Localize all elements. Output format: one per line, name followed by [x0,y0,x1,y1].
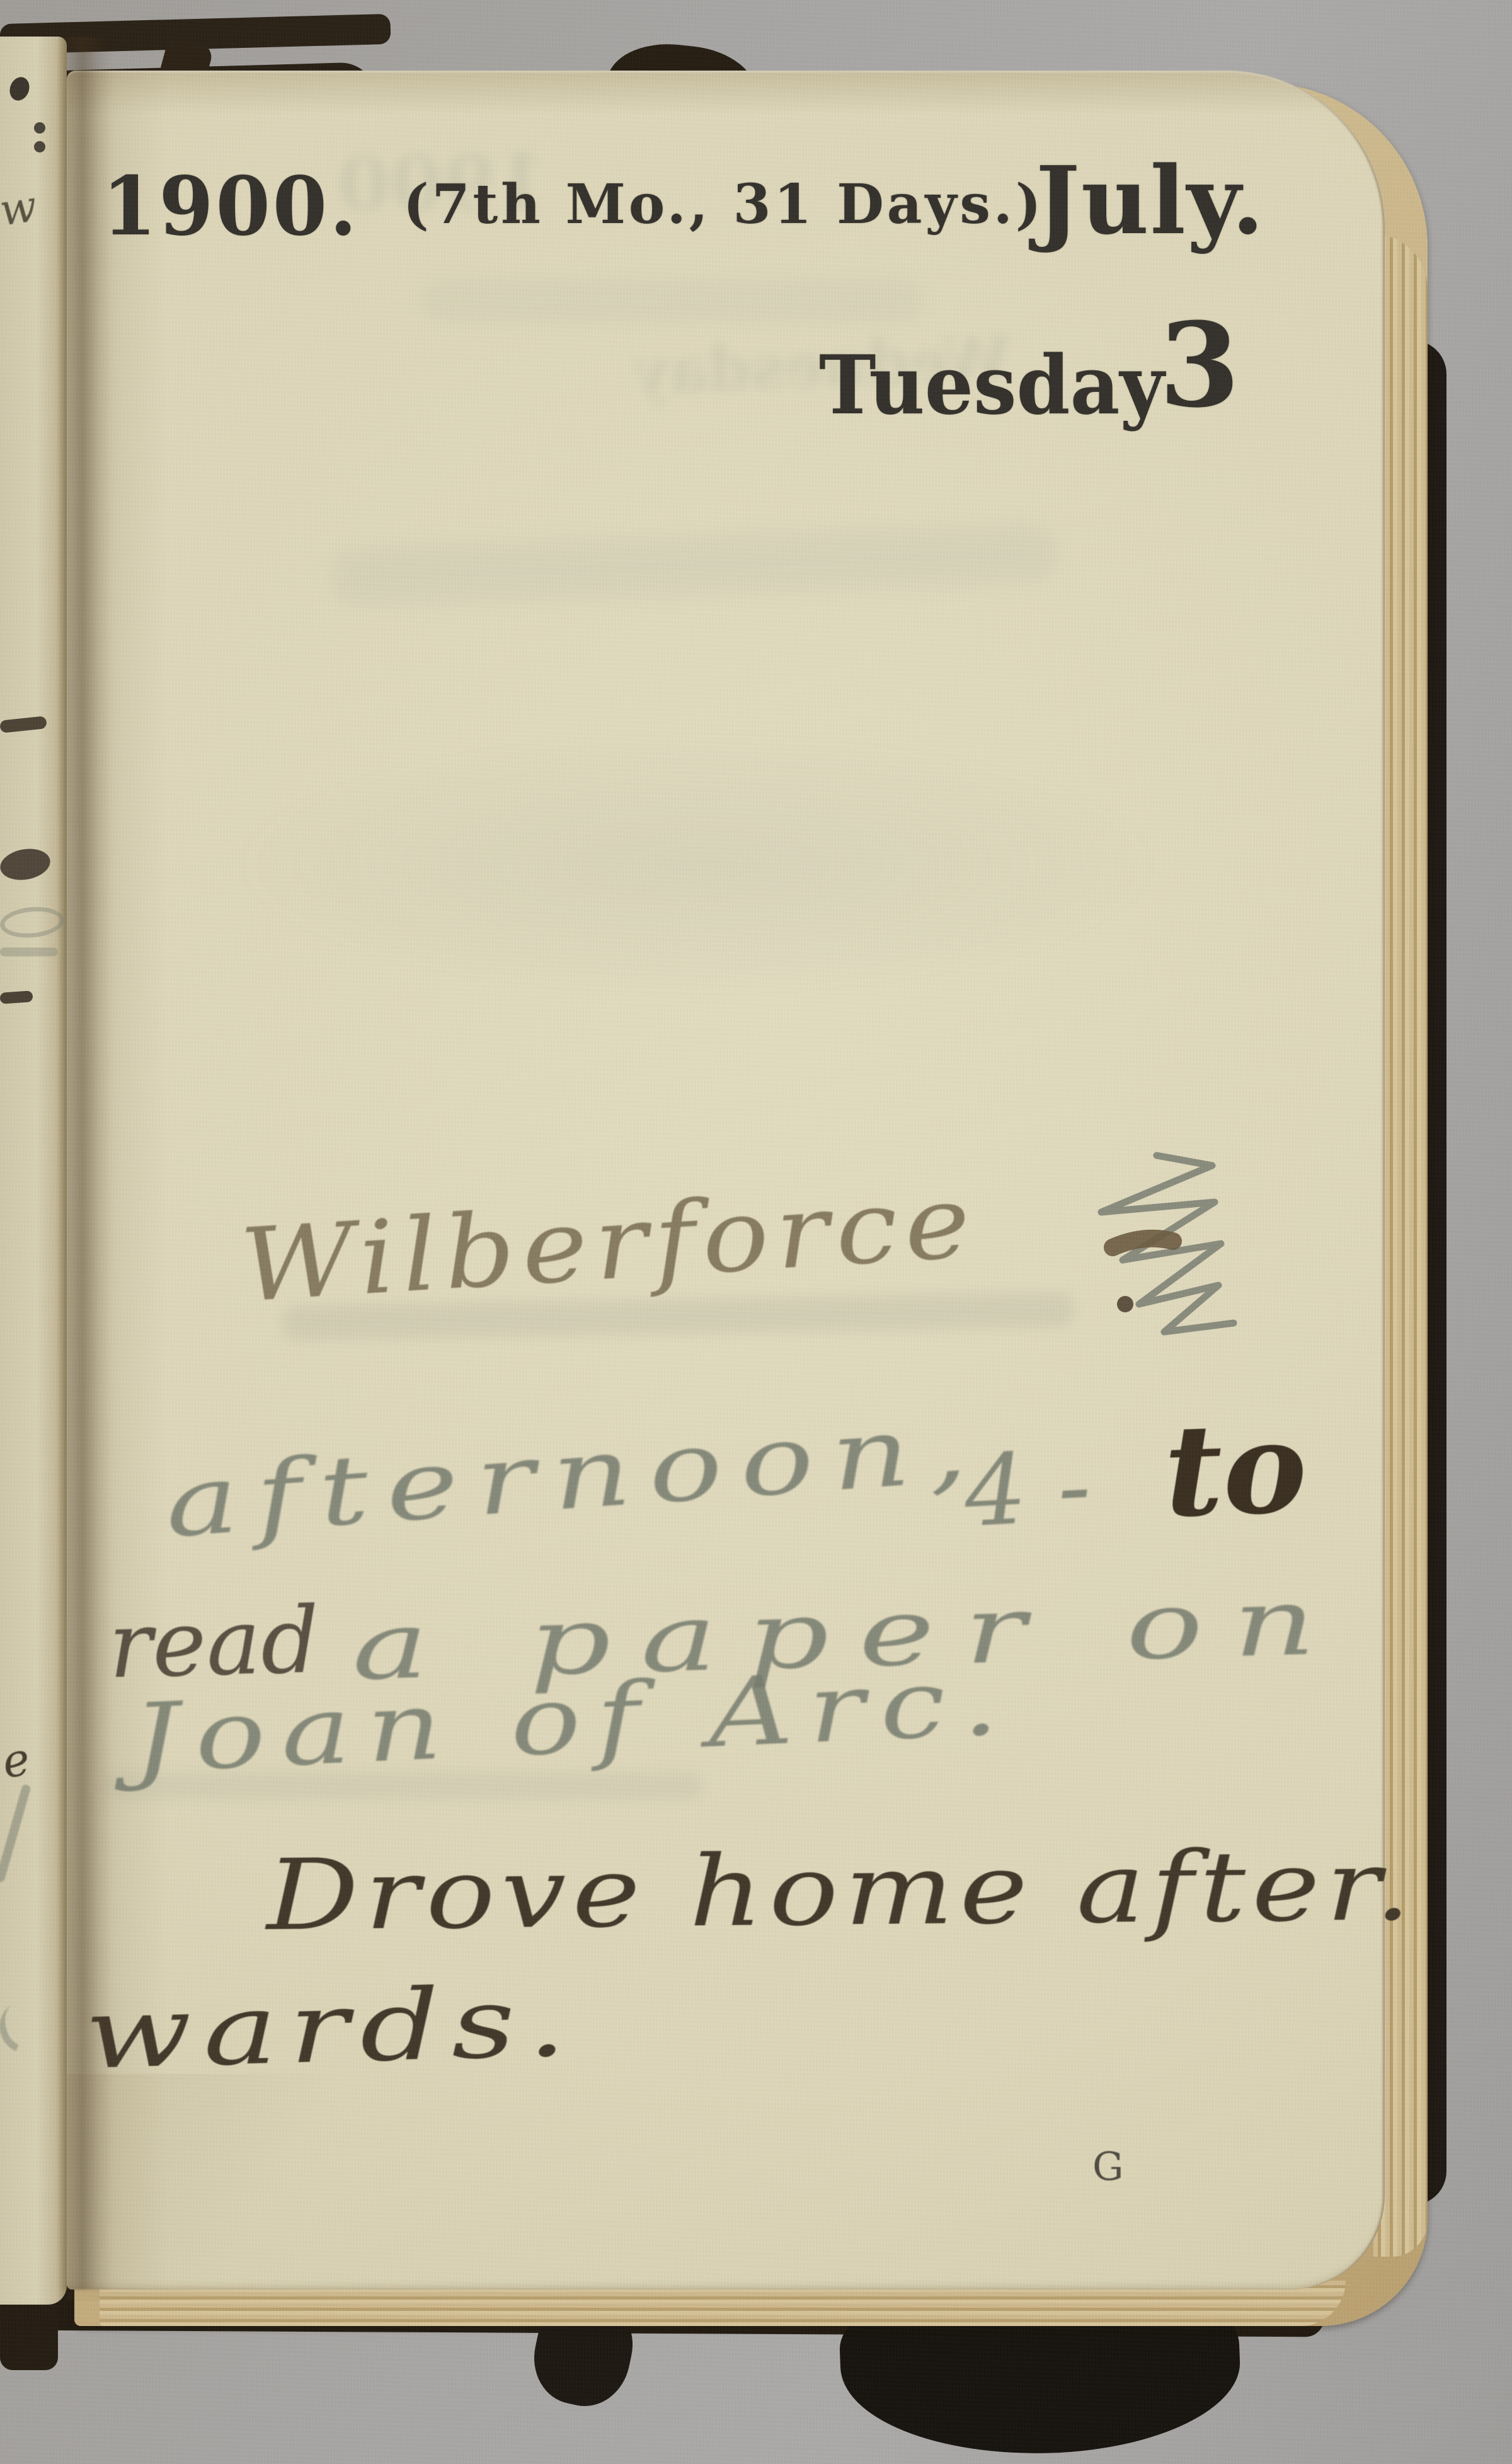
ink-fragment-blob [0,845,53,883]
diary-page: 1900 Wednesday 1900. (7th Mo., 31 Days.)… [67,71,1385,2289]
photo-background: w e 1900 Wednesday 1900. (7th Mo., 31 Da… [0,0,1512,2464]
ghost-showthrough-smear [331,524,1057,606]
handwritten-line-drove-home: Drove home after. [266,1825,1417,1957]
handwritten-time-4: 4 - [961,1425,1094,1554]
printed-day-number: 3 [1159,307,1240,423]
ghost-showthrough-smear [420,278,924,323]
handwritten-line-wards: wards. [83,1961,579,2095]
ghost-showthrough-smear [224,732,1169,997]
ink-fragment-stroke [0,716,47,733]
ink-fragment-letter-e: e [0,1736,33,1785]
ink-fragment-stroke-2 [0,990,33,1004]
pencil-flourish-mark [1062,1142,1251,1356]
printed-year: 1900. [102,166,359,247]
handwritten-word-afternoon: afternoon, [161,1387,988,1563]
printed-weekday: Tuesday [819,345,1164,426]
pencil-fragment-slash [0,1784,31,1883]
printed-month-note: (7th Mo., 31 Days.) [403,178,1045,232]
pencil-fragment-oval [0,905,66,941]
page-crease-shadow [67,2074,394,2301]
handwritten-word-to: to [1162,1389,1309,1551]
ink-fragment-letter-w: w [0,185,40,232]
facing-page-sliver: w e [0,37,67,2305]
ink-fragment-colon [34,122,45,134]
ink-fragment-dot [6,74,32,103]
diary-photo-screenshot: { "palette": { "photo_background": "#a6a… [0,0,1512,2464]
pencil-fragment-hook [0,1995,55,2061]
handwritten-line-wilberforce: Wilberforce [237,1159,980,1329]
pencil-fragment-line [0,948,58,956]
printed-month: July. [1036,154,1265,247]
printers-signature-mark: G [1092,2147,1126,2186]
